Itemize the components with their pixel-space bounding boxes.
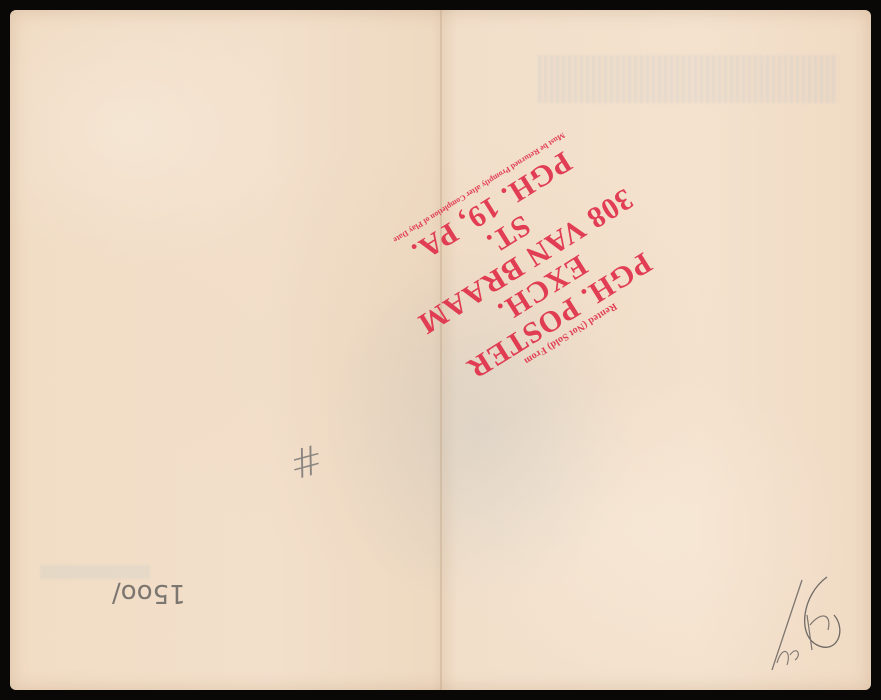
ink-bleed-through-left	[40, 565, 150, 579]
ink-bleed-through-top	[538, 55, 838, 103]
pencil-price-note: 15oo/	[112, 578, 186, 608]
pencil-signature	[762, 575, 852, 675]
